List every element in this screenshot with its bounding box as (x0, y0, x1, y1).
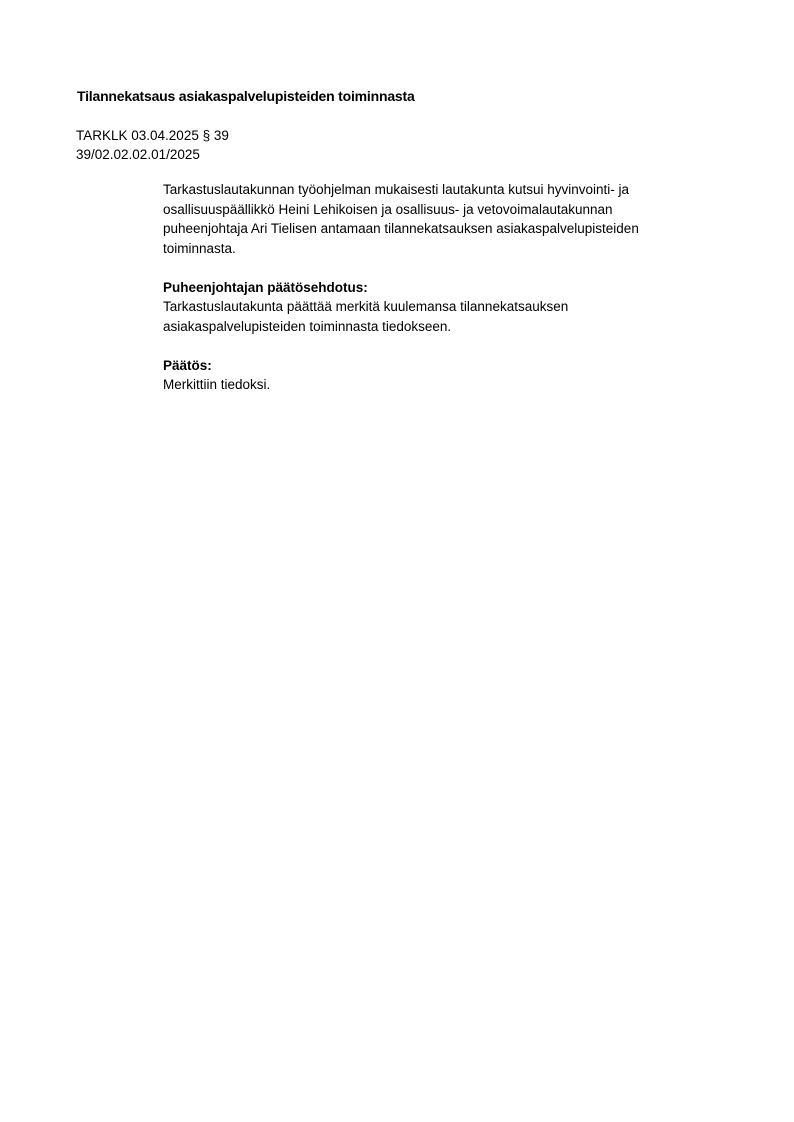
proposal-section: Puheenjohtajan päätösehdotus: Tarkastusl… (163, 278, 703, 337)
record-number: 39/02.02.02.01/2025 (76, 145, 229, 164)
decision-heading: Päätös: (163, 356, 703, 376)
intro-line: osallisuuspäällikkö Heini Lehikoisen ja … (163, 200, 703, 220)
intro-paragraph: Tarkastuslautakunnan työohjelman mukaise… (163, 180, 703, 258)
intro-line: puheenjohtaja Ari Tielisen antamaan tila… (163, 219, 703, 239)
document-title: Tilannekatsaus asiakaspalvelupisteiden t… (77, 88, 415, 104)
proposal-line: Tarkastuslautakunta päättää merkitä kuul… (163, 297, 703, 317)
document-meta: TARKLK 03.04.2025 § 39 39/02.02.02.01/20… (76, 126, 229, 164)
meeting-reference: TARKLK 03.04.2025 § 39 (76, 126, 229, 145)
proposal-heading: Puheenjohtajan päätösehdotus: (163, 278, 703, 298)
intro-line: Tarkastuslautakunnan työohjelman mukaise… (163, 180, 703, 200)
spacer (163, 258, 703, 278)
document-body: Tarkastuslautakunnan työohjelman mukaise… (163, 180, 703, 395)
spacer (163, 336, 703, 356)
intro-line: toiminnasta. (163, 239, 703, 259)
decision-section: Päätös: Merkittiin tiedoksi. (163, 356, 703, 395)
decision-text: Merkittiin tiedoksi. (163, 375, 703, 395)
proposal-line: asiakaspalvelupisteiden toiminnasta tied… (163, 317, 703, 337)
